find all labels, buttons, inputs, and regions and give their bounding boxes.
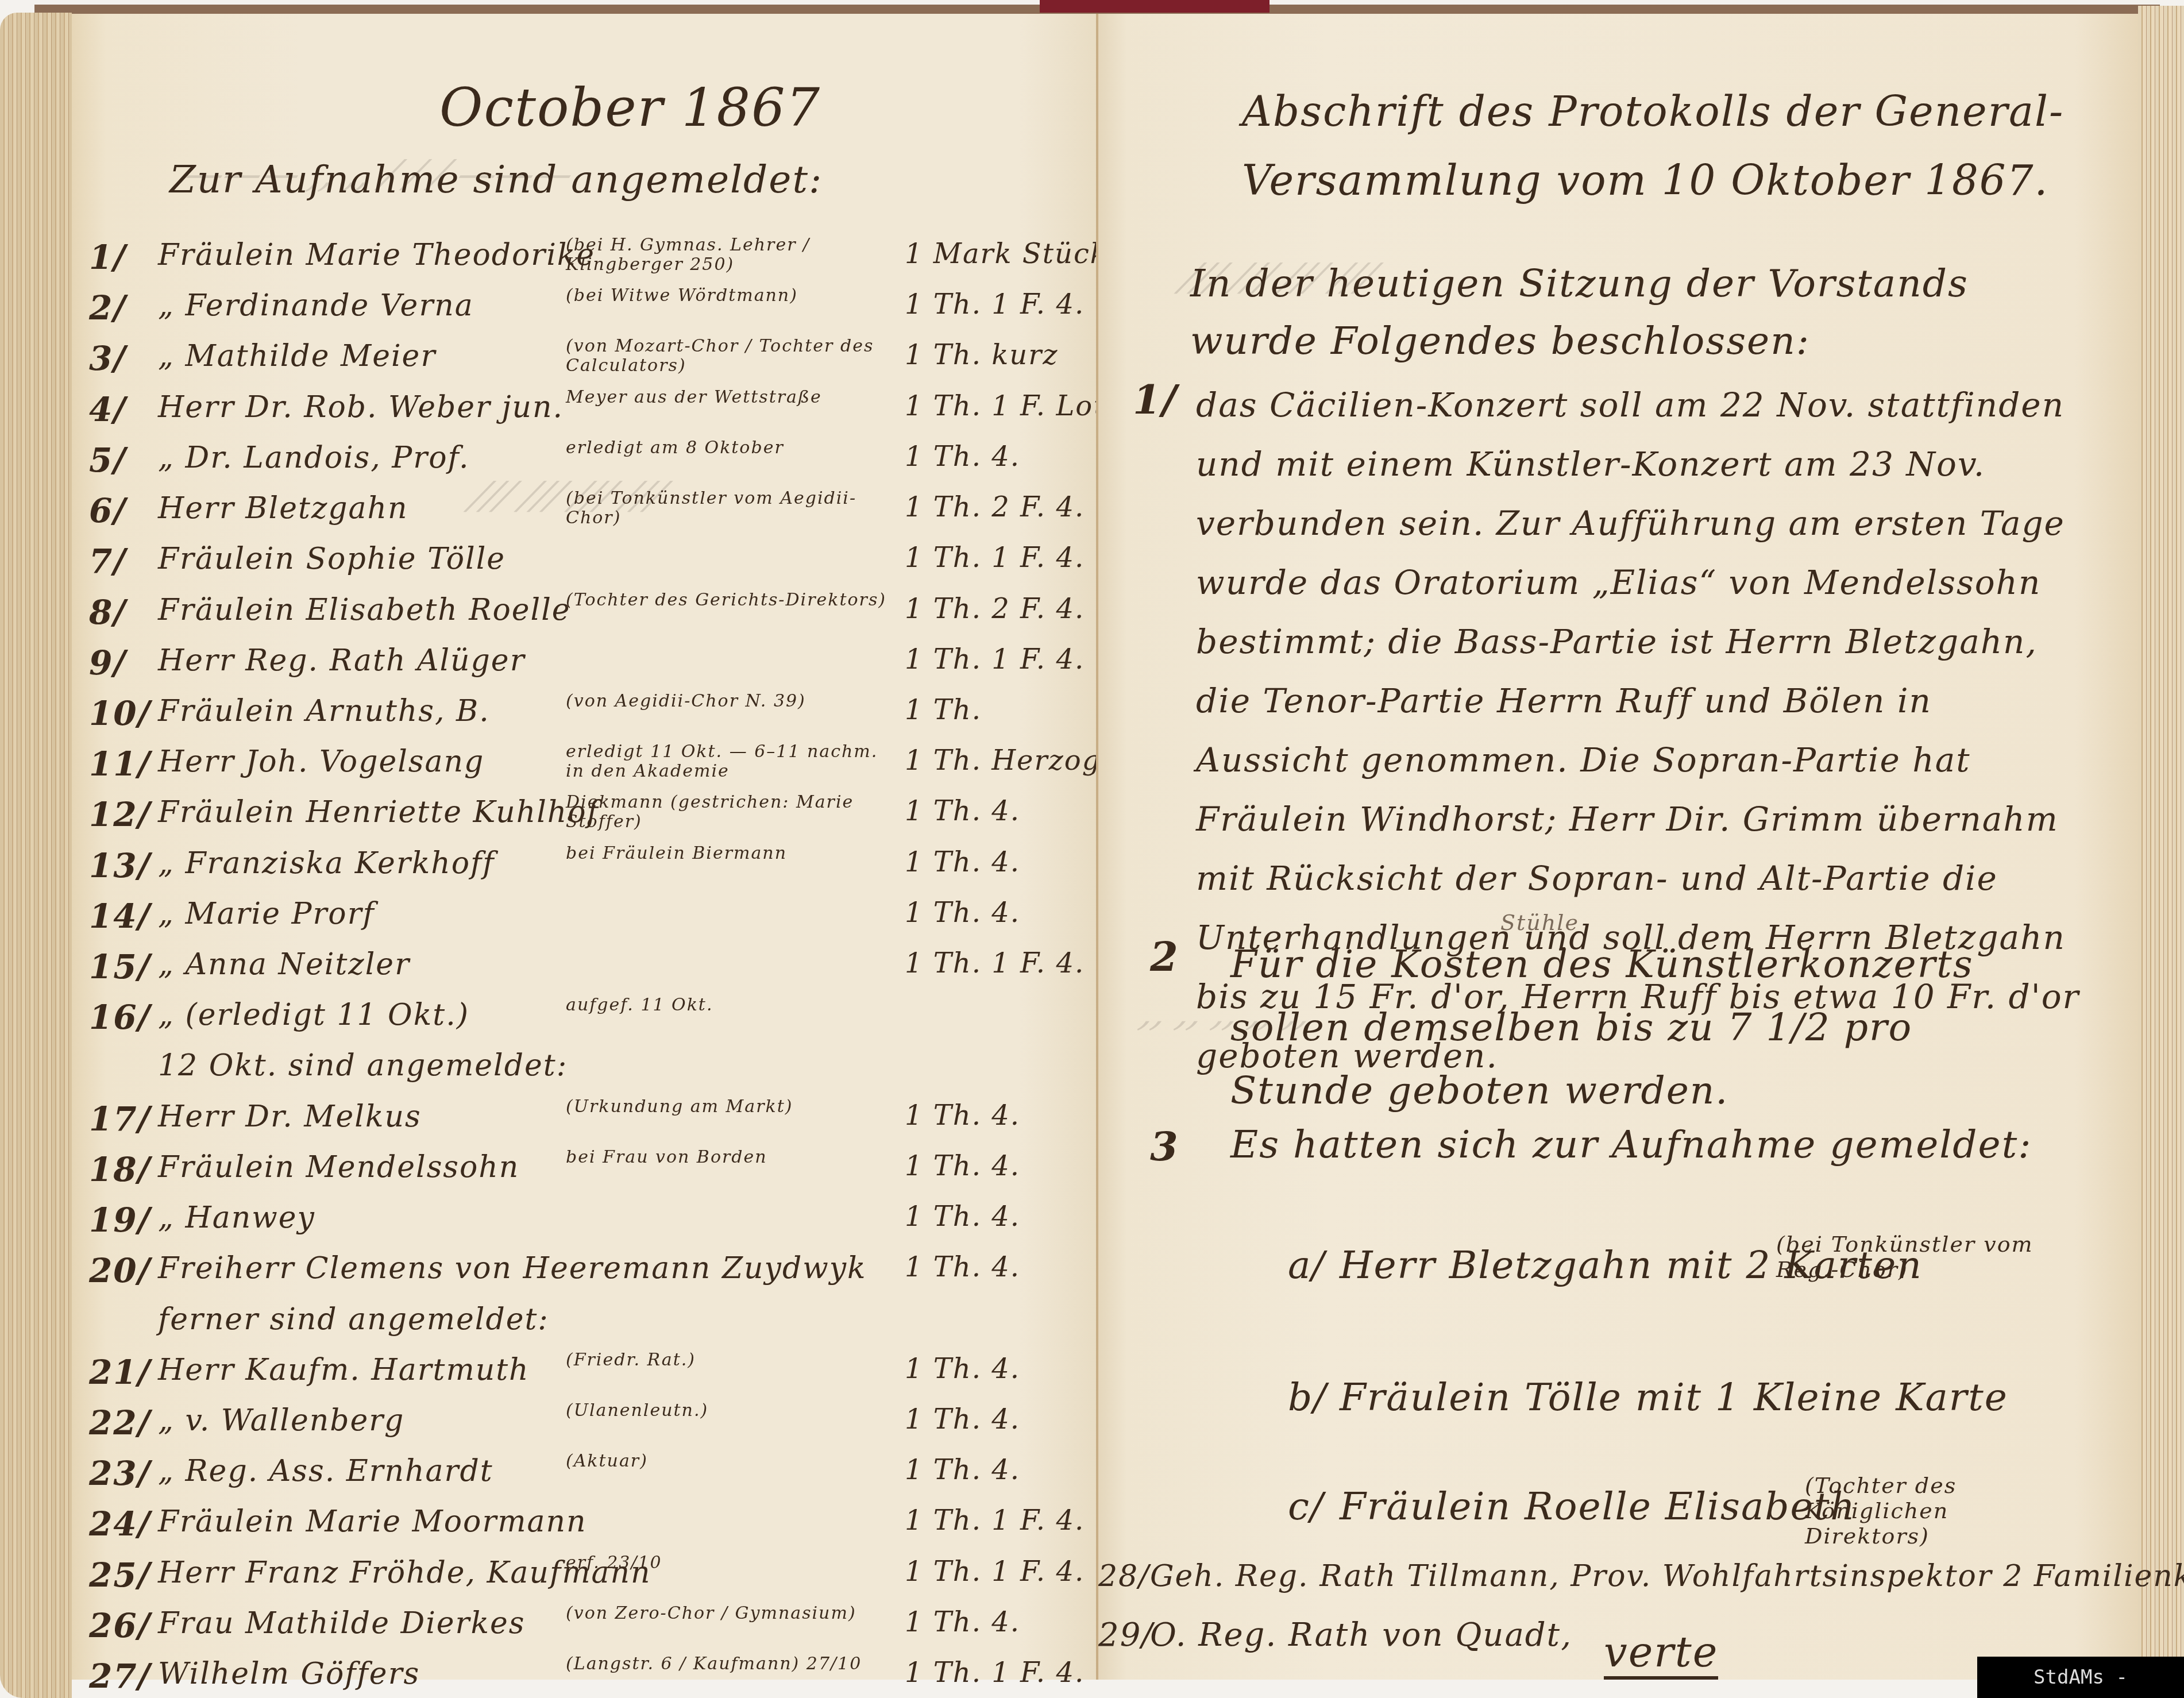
entry-number: 25/ <box>89 1556 151 1595</box>
entry-name: „ Reg. Ass. Ernhardt <box>158 1454 493 1488</box>
entry-fee: 1 Th. 4. <box>905 1201 1020 1233</box>
entry-note: bei Fräulein Biermann <box>566 844 787 863</box>
entry-number: 16/ <box>89 998 151 1037</box>
entry-name: Herr Reg. Rath Alüger <box>158 643 526 678</box>
entry-name: „ Anna Neitzler <box>158 947 410 982</box>
sub-item-note: (bei Tonkünstler vom Reg.-Chor) <box>1776 1232 2063 1282</box>
archive-stamp: StdAMs - MV_002a_089 <box>1977 1657 2184 1698</box>
item-number: 2 <box>1150 933 1179 981</box>
right-page: /// /// /// /// ,, ,, ,, ,, ,, Abschrift… <box>1098 14 2138 1680</box>
entry-number: 18/ <box>89 1150 151 1189</box>
entry-fee: 1 Th. 1 F. 4. <box>905 1556 1085 1588</box>
entry-name: „ (erledigt 11 Okt.) <box>158 998 469 1032</box>
bottom-entry-number: 29/ <box>1098 1616 1153 1654</box>
entry-fee: 1 Th. 4. <box>905 441 1020 473</box>
entry-number: 2/ <box>89 288 127 327</box>
entry-note: aufgef. 11 Okt. <box>566 995 713 1015</box>
entry-note: (Friedr. Rat.) <box>566 1350 696 1370</box>
entry-note: erf. 23/10 <box>566 1553 662 1573</box>
entry-number: 4/ <box>89 390 127 429</box>
entry-number: 7/ <box>89 542 127 581</box>
item-number: 3 <box>1150 1122 1179 1170</box>
entry-fee: 1 Th. 1 F. 4. <box>905 1504 1085 1537</box>
entry-fee: 1 Th. 4. <box>905 795 1020 827</box>
entry-number: 17/ <box>89 1099 151 1139</box>
item-number: 1/ <box>1133 376 1178 423</box>
right-page-stack <box>2138 6 2184 1698</box>
entry-name: Fräulein Sophie Tölle <box>158 542 506 576</box>
entry-name: ferner sind angemeldet: <box>158 1302 549 1337</box>
entry-number: 22/ <box>89 1403 151 1442</box>
binding-red-edge <box>1040 0 1270 13</box>
protocol-intro: In der heutigen Sitzung der Vorstands wu… <box>1190 255 2081 370</box>
entry-name: Herr Kaufm. Hartmuth <box>158 1353 530 1387</box>
entry-number: 11/ <box>89 744 151 784</box>
entry-fee: 1 Th. 4. <box>905 1150 1020 1182</box>
protocol-item-3: Es hatten sich zur Aufnahme gemeldet: <box>1230 1122 2032 1167</box>
page-heading: October 1867 <box>439 77 821 138</box>
entry-note: Diekmann (gestrichen: Marie Stoffer) <box>566 793 888 832</box>
margin-note: Stühle <box>1500 910 1579 935</box>
entry-name: Frau Mathilde Dierkes <box>158 1606 525 1641</box>
entry-name: Herr Bletzgahn <box>158 491 408 526</box>
entry-note: (bei Witwe Wördtmann) <box>566 286 798 306</box>
entry-name: Wilhelm Göffers <box>158 1657 420 1691</box>
entry-name: 12 Okt. sind angemeldet: <box>158 1048 568 1083</box>
entry-number: 14/ <box>89 897 151 936</box>
entry-number: 8/ <box>89 593 127 632</box>
entry-name: „ Marie Prorf <box>158 897 375 931</box>
entry-fee: 1 Th. 4. <box>905 1403 1020 1435</box>
page-subheading: Zur Aufnahme sind angemeldet: <box>169 157 823 202</box>
entry-number: 10/ <box>89 694 151 733</box>
entry-fee: 1 Th. 2 F. 4. <box>905 491 1085 523</box>
entry-note: (Ulanenleutn.) <box>566 1401 708 1421</box>
entry-number: 3/ <box>89 339 127 378</box>
bottom-entry: Geh. Reg. Rath Tillmann, Prov. Wohlfahrt… <box>1150 1559 2184 1593</box>
entry-number: 13/ <box>89 846 151 885</box>
entry-fee: 1 Th. 1 F. 4. <box>905 947 1085 979</box>
entry-number: 20/ <box>89 1251 151 1290</box>
sub-item-label: c/ <box>1288 1484 1324 1529</box>
entry-name: „ Ferdinande Verna <box>158 288 474 323</box>
left-page: ——— ,, ,, / / / ——— /// /// /// /// Octo… <box>72 14 1098 1680</box>
entry-fee: 1 Th. 1 F. 4. <box>905 542 1085 574</box>
entry-name: Fräulein Elisabeth Roelle <box>158 593 571 627</box>
sub-item-note: (Tochter des Königlichen Direktors) <box>1805 1473 2063 1549</box>
entry-number: 26/ <box>89 1606 151 1645</box>
open-ledger: ——— ,, ,, / / / ——— /// /// /// /// Octo… <box>0 0 2184 1698</box>
entry-name: Herr Dr. Melkus <box>158 1099 422 1134</box>
entry-number: 5/ <box>89 441 127 480</box>
entry-name: Fräulein Arnuths, B. <box>158 694 490 728</box>
entry-note: (Tochter des Gerichts-Direktors) <box>566 591 886 610</box>
entry-note: erledigt 11 Okt. — 6–11 nachm. in den Ak… <box>566 742 888 781</box>
entry-name: „ Franziska Kerkhoff <box>158 846 495 881</box>
sub-item-text: Fräulein Roelle Elisabeth <box>1340 1484 1856 1529</box>
entry-fee: 1 Th. 4. <box>905 1454 1020 1486</box>
entry-number: 15/ <box>89 947 151 986</box>
entry-note: (Langstr. 6 / Kaufmann) 27/10 <box>566 1654 862 1674</box>
entry-number: 19/ <box>89 1201 151 1240</box>
entry-name: „ Mathilde Meier <box>158 339 436 373</box>
entry-fee: 1 Th. 1 F. 4. <box>905 288 1085 321</box>
entry-number: 1/ <box>89 238 127 277</box>
entry-fee: 1 Th. 4. <box>905 1606 1020 1638</box>
entry-name: Fräulein Mendelssohn <box>158 1150 519 1184</box>
entry-name: Herr Dr. Rob. Weber jun. <box>158 390 564 424</box>
entry-name: „ Dr. Landois, Prof. <box>158 441 469 475</box>
protocol-heading: Abschrift des Protokolls der General-Ver… <box>1242 77 2104 215</box>
entry-note: (von Zero-Chor / Gymnasium) <box>566 1604 856 1623</box>
entry-fee: 1 Th. kurz <box>905 339 1058 371</box>
entry-note: (von Aegidii-Chor N. 39) <box>566 692 806 711</box>
sub-item-label: b/ <box>1288 1375 1328 1419</box>
entry-number: 27/ <box>89 1657 151 1696</box>
entry-note: (Aktuar) <box>566 1452 648 1471</box>
entry-fee: 1 Th. 4. <box>905 846 1020 878</box>
sub-item-text: Fräulein Tölle mit 1 Kleine Karte <box>1340 1375 2008 1419</box>
entry-name: Freiherr Clemens von Heeremann Zuydwyk <box>158 1251 867 1286</box>
entry-name: Fräulein Henriette Kuhlhof <box>158 795 599 829</box>
entry-fee: 1 Th. 1 F. 4. <box>905 643 1085 676</box>
entry-fee: 1 Th. 1 F. 4. <box>905 1657 1085 1689</box>
entry-name: „ Hanwey <box>158 1201 315 1235</box>
entry-number: 12/ <box>89 795 151 834</box>
bottom-entry-number: 28/ <box>1098 1559 1150 1593</box>
entry-name: Herr Joh. Vogelsang <box>158 744 484 779</box>
entry-fee: 1 Th. 2 F. 4. <box>905 593 1085 625</box>
entry-number: 21/ <box>89 1353 151 1392</box>
entry-number: 9/ <box>89 643 127 682</box>
left-page-stack <box>0 13 72 1698</box>
entry-note: erledigt am 8 Oktober <box>566 438 784 458</box>
protocol-item-2: Für die Kosten des Künstlerkonzerts soll… <box>1230 933 2063 1122</box>
entry-number: 24/ <box>89 1504 151 1543</box>
entry-fee: 1 Th. <box>905 694 982 726</box>
entry-name: Fräulein Marie Moormann <box>158 1504 587 1539</box>
entry-note: bei Frau von Borden <box>566 1148 767 1167</box>
entry-name: „ v. Wallenberg <box>158 1403 404 1438</box>
entry-fee: 1 Mark Stück <box>905 238 1108 270</box>
sub-item-label: a/ <box>1288 1243 1326 1287</box>
entry-fee: 1 Th. 4. <box>905 897 1020 929</box>
entry-fee: 1 Th. 4. <box>905 1353 1020 1385</box>
entry-fee: 1 Th. 4. <box>905 1099 1020 1132</box>
entry-note: (bei Tonkünstler vom Aegidii-Chor) <box>566 489 888 528</box>
verte-note: verte <box>1604 1628 1718 1680</box>
entry-fee: 1 Th. 4. <box>905 1251 1020 1283</box>
entry-name: Fräulein Marie Theodorike <box>158 238 595 272</box>
entry-note: (bei H. Gymnas. Lehrer / Klingberger 250… <box>566 236 888 275</box>
entry-note: (Urkundung am Markt) <box>566 1097 793 1117</box>
bottom-entry: O. Reg. Rath von Quadt, <box>1150 1616 1572 1654</box>
entry-number: 6/ <box>89 491 127 530</box>
entry-number: 23/ <box>89 1454 151 1493</box>
entry-note: Meyer aus der Wettstraße <box>566 388 822 407</box>
entry-note: (von Mozart-Chor / Tochter des Calculato… <box>566 337 888 376</box>
